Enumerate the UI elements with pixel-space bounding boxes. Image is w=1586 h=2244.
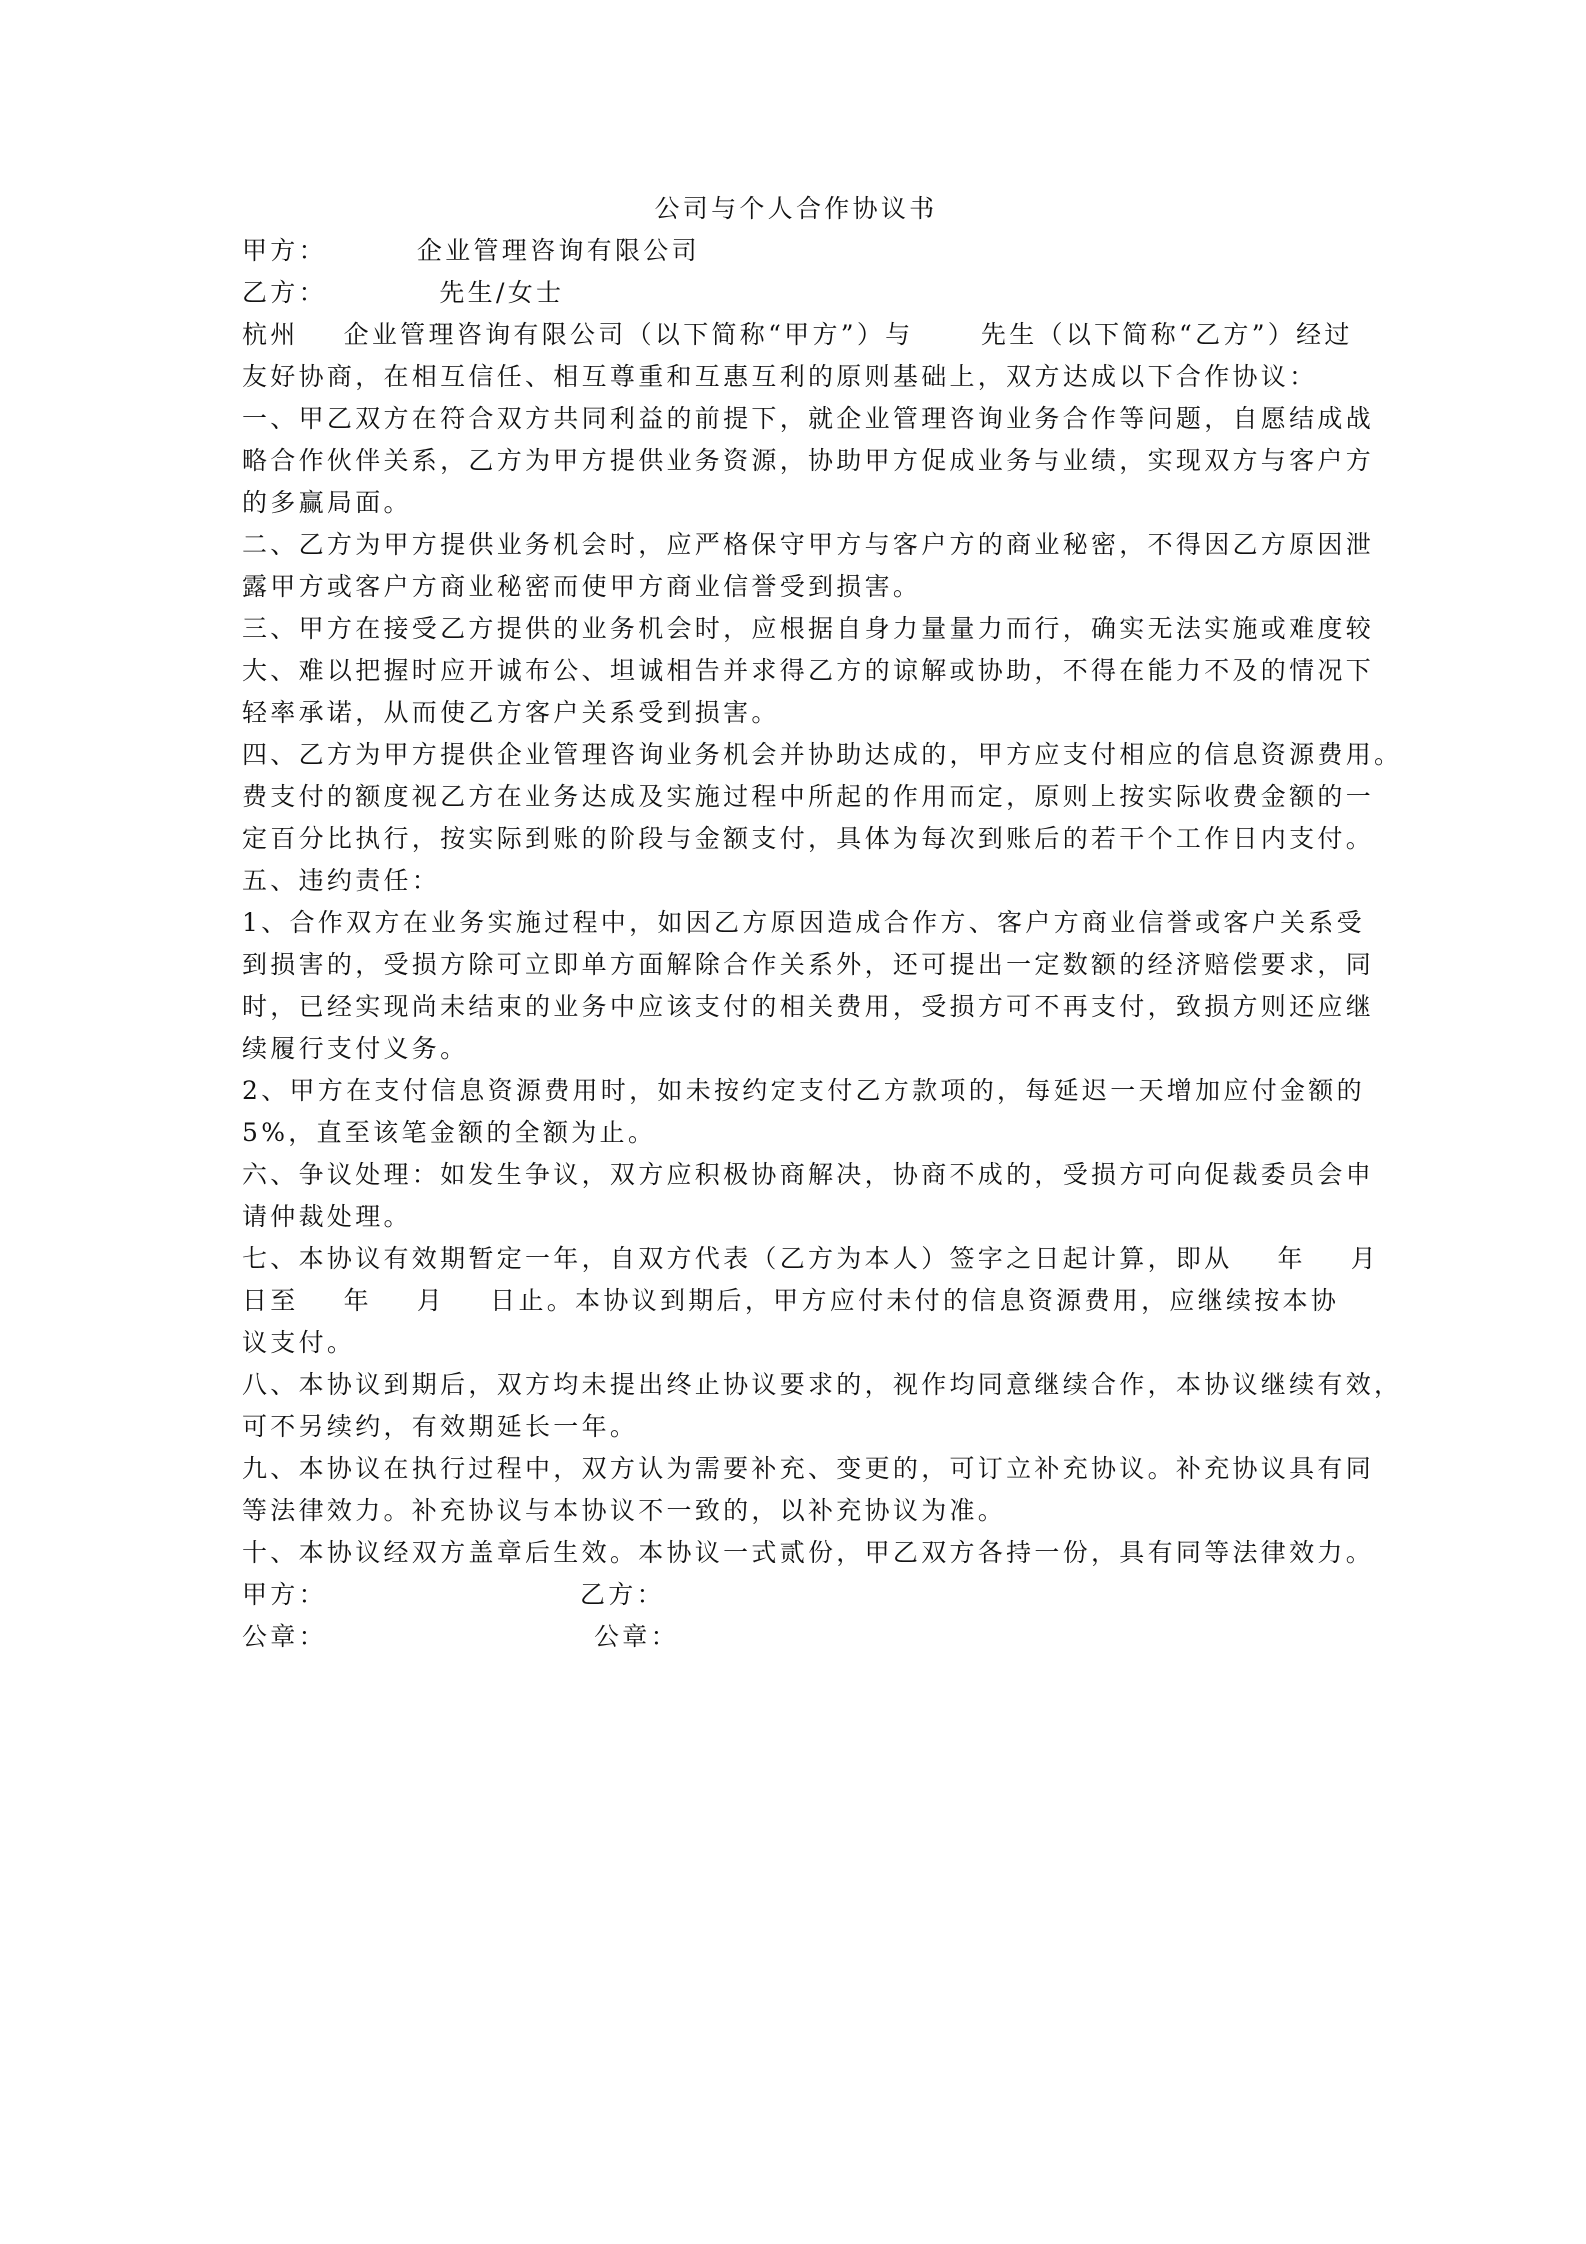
clause-paragraph: 2、甲方在支付信息资源费用时，如未按约定支付乙方款项的，每延迟一天增加应付金额的… — [242, 1070, 1350, 1154]
contract-page: 公司与个人合作协议书 甲方： 企业管理咨询有限公司 乙方： 先生/女士 杭州 企… — [242, 188, 1350, 1658]
clause-line: 二、乙方为甲方提供业务机会时，应严格保守甲方与客户方的商业秘密，不得因乙方原因泄 — [242, 524, 1350, 566]
party-a-line: 甲方： 企业管理咨询有限公司 — [242, 230, 1350, 272]
clause-line: 九、本协议在执行过程中，双方认为需要补充、变更的，可订立补充协议。补充协议具有同 — [242, 1448, 1350, 1490]
clause-line: 略合作伙伴关系，乙方为甲方提供业务资源，协助甲方促成业务与业绩，实现双方与客户方 — [242, 440, 1350, 482]
party-b-line: 乙方： 先生/女士 — [242, 272, 1350, 314]
clause-line: 杭州 企业管理咨询有限公司（以下简称“甲方”）与 先生（以下简称“乙方”）经过 — [242, 314, 1350, 356]
party-b-signature-label: 乙方： — [580, 1574, 665, 1616]
clause-paragraph: 二、乙方为甲方提供业务机会时，应严格保守甲方与客户方的商业秘密，不得因乙方原因泄… — [242, 524, 1350, 608]
clause-line: 定百分比执行，按实际到账的阶段与金额支付，具体为每次到账后的若干个工作日内支付。 — [242, 818, 1350, 860]
contract-body: 杭州 企业管理咨询有限公司（以下简称“甲方”）与 先生（以下简称“乙方”）经过友… — [242, 314, 1350, 1574]
clause-line: 议支付。 — [242, 1322, 1350, 1364]
clause-line: 一、甲乙双方在符合双方共同利益的前提下，就企业管理咨询业务合作等问题，自愿结成战 — [242, 398, 1350, 440]
clause-line: 1、合作双方在业务实施过程中，如因乙方原因造成合作方、客户方商业信誉或客户关系受 — [242, 902, 1350, 944]
clause-paragraph: 八、本协议到期后，双方均未提出终止协议要求的，视作均同意继续合作，本协议继续有效… — [242, 1364, 1350, 1448]
clause-line: 露甲方或客户方商业秘密而使甲方商业信誉受到损害。 — [242, 566, 1350, 608]
signature-row-seal: 公章： 公章： — [242, 1616, 1350, 1658]
clause-paragraph: 五、违约责任： — [242, 860, 1350, 902]
clause-paragraph: 四、乙方为甲方提供企业管理咨询业务机会并协助达成的，甲方应支付相应的信息资源费用… — [242, 734, 1350, 860]
clause-line: 十、本协议经双方盖章后生效。本协议一式贰份，甲乙双方各持一份，具有同等法律效力。 — [242, 1532, 1350, 1574]
document-title: 公司与个人合作协议书 — [242, 188, 1350, 230]
clause-line: 2、甲方在支付信息资源费用时，如未按约定支付乙方款项的，每延迟一天增加应付金额的 — [242, 1070, 1350, 1112]
clause-line: 等法律效力。补充协议与本协议不一致的，以补充协议为准。 — [242, 1490, 1350, 1532]
clause-paragraph: 九、本协议在执行过程中，双方认为需要补充、变更的，可订立补充协议。补充协议具有同… — [242, 1448, 1350, 1532]
clause-line: 5%，直至该笔金额的全额为止。 — [242, 1112, 1350, 1154]
clause-line: 六、争议处理：如发生争议，双方应积极协商解决，协商不成的，受损方可向促裁委员会申 — [242, 1154, 1350, 1196]
signature-row-party: 甲方： 乙方： — [242, 1574, 1350, 1616]
clause-paragraph: 七、本协议有效期暂定一年，自双方代表（乙方为本人）签字之日起计算，即从 年 月日… — [242, 1238, 1350, 1364]
clause-line: 三、甲方在接受乙方提供的业务机会时，应根据自身力量量力而行，确实无法实施或难度较 — [242, 608, 1350, 650]
clause-line: 到损害的，受损方除可立即单方面解除合作关系外，还可提出一定数额的经济赔偿要求，同 — [242, 944, 1350, 986]
clause-line: 五、违约责任： — [242, 860, 1350, 902]
clause-paragraph: 六、争议处理：如发生争议，双方应积极协商解决，协商不成的，受损方可向促裁委员会申… — [242, 1154, 1350, 1238]
clause-paragraph: 1、合作双方在业务实施过程中，如因乙方原因造成合作方、客户方商业信誉或客户关系受… — [242, 902, 1350, 1070]
party-a-seal-label: 公章： — [242, 1616, 327, 1658]
clause-paragraph: 十、本协议经双方盖章后生效。本协议一式贰份，甲乙双方各持一份，具有同等法律效力。 — [242, 1532, 1350, 1574]
clause-line: 时，已经实现尚未结束的业务中应该支付的相关费用，受损方可不再支付，致损方则还应继 — [242, 986, 1350, 1028]
clause-paragraph: 三、甲方在接受乙方提供的业务机会时，应根据自身力量量力而行，确实无法实施或难度较… — [242, 608, 1350, 734]
clause-line: 七、本协议有效期暂定一年，自双方代表（乙方为本人）签字之日起计算，即从 年 月 — [242, 1238, 1350, 1280]
clause-line: 大、难以把握时应开诚布公、坦诚相告并求得乙方的谅解或协助，不得在能力不及的情况下 — [242, 650, 1350, 692]
party-a-signature-label: 甲方： — [242, 1574, 327, 1616]
clause-paragraph: 一、甲乙双方在符合双方共同利益的前提下，就企业管理咨询业务合作等问题，自愿结成战… — [242, 398, 1350, 524]
clause-line: 费支付的额度视乙方在业务达成及实施过程中所起的作用而定，原则上按实际收费金额的一 — [242, 776, 1350, 818]
clause-line: 可不另续约，有效期延长一年。 — [242, 1406, 1350, 1448]
clause-line: 八、本协议到期后，双方均未提出终止协议要求的，视作均同意继续合作，本协议继续有效… — [242, 1364, 1350, 1406]
clause-line: 日至 年 月 日止。本协议到期后，甲方应付未付的信息资源费用，应继续按本协 — [242, 1280, 1350, 1322]
party-b-seal-label: 公章： — [594, 1616, 679, 1658]
clause-line: 友好协商，在相互信任、相互尊重和互惠互利的原则基础上，双方达成以下合作协议： — [242, 356, 1350, 398]
clause-line: 的多赢局面。 — [242, 482, 1350, 524]
clause-line: 请仲裁处理。 — [242, 1196, 1350, 1238]
clause-line: 轻率承诺，从而使乙方客户关系受到损害。 — [242, 692, 1350, 734]
clause-paragraph: 杭州 企业管理咨询有限公司（以下简称“甲方”）与 先生（以下简称“乙方”）经过友… — [242, 314, 1350, 398]
clause-line: 续履行支付义务。 — [242, 1028, 1350, 1070]
clause-line: 四、乙方为甲方提供企业管理咨询业务机会并协助达成的，甲方应支付相应的信息资源费用… — [242, 734, 1350, 776]
